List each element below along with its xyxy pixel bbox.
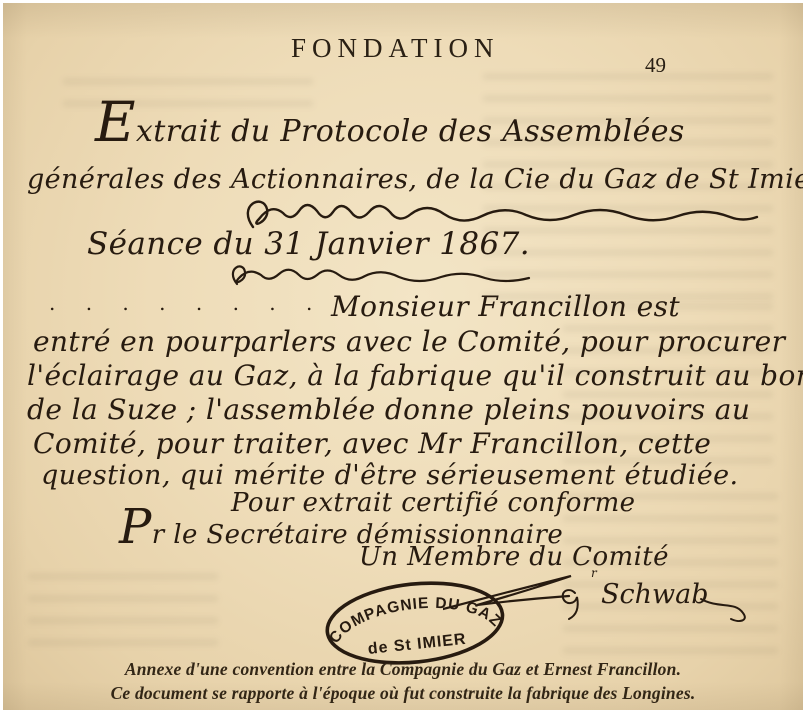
signature-initial <box>563 590 578 619</box>
ellipsis-dots: . . . . . . . . <box>49 291 324 315</box>
caption-line-2: Ce document se rapporte à l'époque où fu… <box>3 683 803 704</box>
manuscript-title-line-2: générales des Actionnaires, de la Cie du… <box>27 166 803 193</box>
signature-superscript: r <box>591 566 598 580</box>
caption-line-1: Annexe d'une convention entre la Compagn… <box>3 659 803 680</box>
body-line: question, qui mérite d'être sérieusement… <box>41 462 739 489</box>
squiggle-path <box>248 202 757 227</box>
body-line: de la Suze ; l'assemblée donne pleins po… <box>27 396 750 424</box>
body-line: l'éclairage au Gaz, à la fabrique qu'il … <box>27 362 803 390</box>
seance-line: Séance du 31 Janvier 1867. <box>87 229 530 260</box>
signature-tail <box>701 599 745 621</box>
signature: r Schwab <box>443 563 763 643</box>
page-title: FONDATION <box>291 33 500 64</box>
closing-line: Pour extrait certifié conforme <box>231 490 635 516</box>
body-line: Comité, pour traiter, avec Mr Francillon… <box>33 430 711 458</box>
bleed-through-patch <box>28 573 218 653</box>
body-line: entré en pourparlers avec le Comité, pou… <box>33 328 785 356</box>
scanned-page: FONDATION 49 Extrait du Protocole des As… <box>3 3 803 710</box>
book-page-photo: { "page": { "header": "FONDATION", "page… <box>0 0 806 713</box>
page-number: 49 <box>645 53 666 78</box>
body-line: Monsieur Francillon est <box>331 293 680 321</box>
signature-paraph <box>443 576 571 609</box>
squiggle-path <box>233 266 529 284</box>
manuscript-title-line-1: Extrait du Protocole des Assemblées <box>95 109 685 147</box>
signature-name: Schwab <box>601 579 709 610</box>
